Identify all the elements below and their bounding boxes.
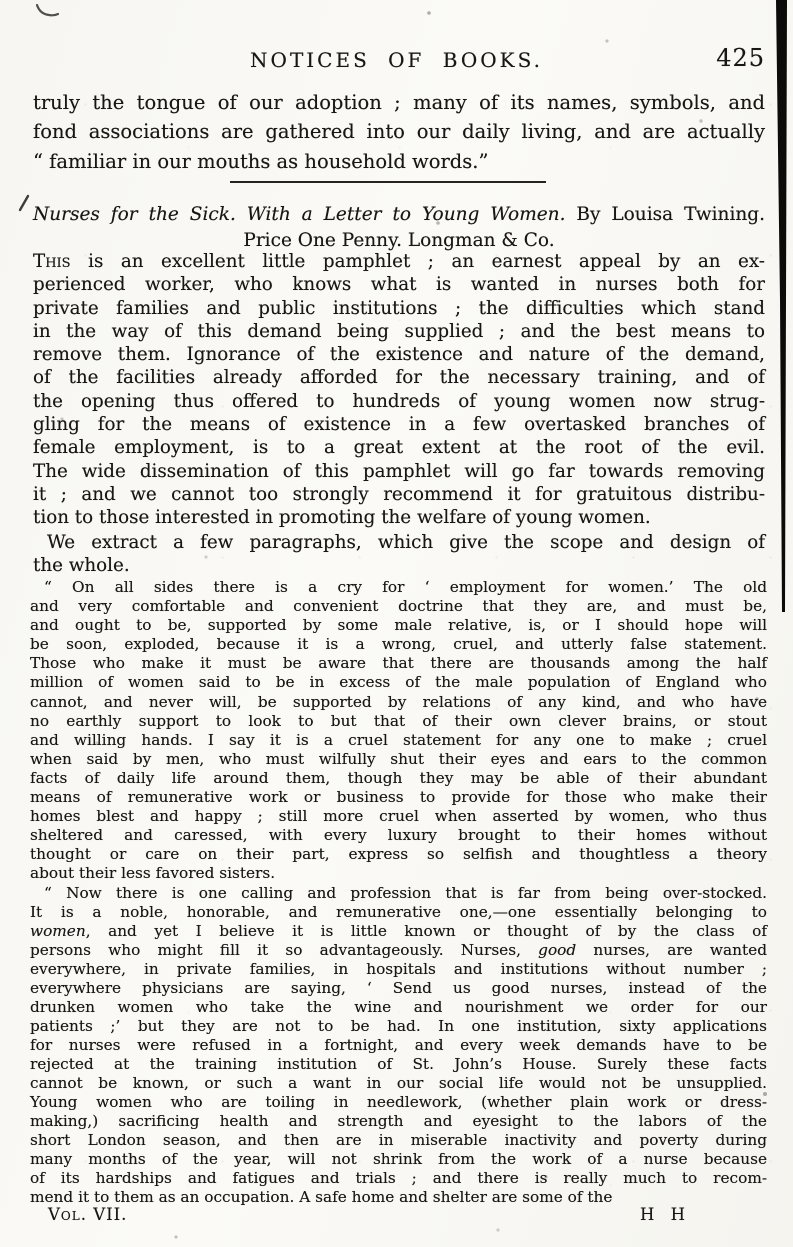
text-line: “ Now there is one calling and professio… [30,884,767,903]
volume-label: Vol. VII. [48,1205,127,1224]
extract-intro-paragraph: We extract a few paragraphs, which give … [33,531,765,578]
running-head: NOTICES OF BOOKS. 425 [0,48,793,78]
text-line: cannot be known, or such a want in our s… [30,1074,767,1093]
text-line: million of women said to be in excess of… [30,673,767,692]
review-title: Nurses for the Sick. With a Letter to Yo… [33,202,765,254]
text-line: everywhere physicians are saying, ‘ Send… [30,979,767,998]
text-line: facts of daily life around them, though … [30,769,767,788]
text-line: no earthly support to look to but that o… [30,712,767,731]
text-line: many months of the year, will not shrink… [30,1150,767,1169]
quoted-extract-paragraph-2: “ Now there is one calling and professio… [30,884,767,1207]
text-line: remove them. Ignorance of the existence … [33,343,765,366]
pen-mark-artifact [34,2,74,24]
text-line: of its hardships and fatigues and trials… [30,1169,767,1188]
text-line: making,) sacrificing health and strength… [30,1112,767,1131]
text-line: truly the tongue of our adoption ; many … [33,88,765,117]
text-line: homes blest and happy ; still more cruel… [30,807,767,826]
text-line: in the way of this demand being supplied… [33,320,765,343]
text-line: the whole. [33,554,765,577]
quoted-extract-paragraph-1: “ On all sides there is a cry for ‘ empl… [30,578,767,884]
text-line: women, and yet I believe it is little kn… [30,922,767,941]
text-line: perienced worker, who knows what is want… [33,273,765,296]
text-line: The wide dissemination of this pamphlet … [33,460,765,483]
section-divider [230,181,546,183]
text-line: private families and public institutions… [33,297,765,320]
page-number: 425 [716,44,765,72]
page-footer: Vol. VII. H H [0,1205,793,1229]
text-line: it ; and we cannot too strongly recommen… [33,483,765,506]
text-line: “ On all sides there is a cry for ‘ empl… [30,578,767,597]
text-line: when said by men, who must wilfully shut… [30,750,767,769]
intro-paragraph: truly the tongue of our adoption ; many … [33,88,765,176]
text-line: of the facilities already afforded for t… [33,366,765,389]
text-line: Nurses for the Sick. With a Letter to Yo… [33,202,765,228]
text-line: tion to those interested in promoting th… [33,506,765,529]
text-line: We extract a few paragraphs, which give … [33,531,765,554]
text-line: rejected at the training institution of … [30,1055,767,1074]
text-line: and very comfortable and convenient doct… [30,597,767,616]
text-line: sheltered and caressed, with every luxur… [30,826,767,845]
text-line: about their less favored sisters. [30,864,767,883]
text-line: short London season, and then are in mis… [30,1131,767,1150]
text-line: means of remunerative work or business t… [30,788,767,807]
text-line: Those who make it must be aware that the… [30,654,767,673]
text-line: persons who might fill it so advantageou… [30,941,767,960]
text-line: thought or care on their part, express s… [30,845,767,864]
text-line: It is a noble, honorable, and remunerati… [30,903,767,922]
scan-speckles [0,0,2,2]
page-title: NOTICES OF BOOKS. [0,48,793,72]
text-line: Young women who are toiling in needlewor… [30,1093,767,1112]
scanned-book-page: NOTICES OF BOOKS. 425 truly the tongue o… [0,0,793,1247]
text-line: and willing hands. I say it is a cruel s… [30,731,767,750]
text-line: and ought to be, supported by some male … [30,616,767,635]
printer-signature: H H [640,1205,686,1224]
text-line: drunken women who take the wine and nour… [30,998,767,1017]
text-line: patients ;’ but they are not to be had. … [30,1017,767,1036]
text-line: be soon, exploded, because it is a wrong… [30,635,767,654]
text-line: gling for the means of existence in a fe… [33,413,765,436]
text-line: fond associations are gathered into our … [33,117,765,146]
text-line: cannot, and never will, be supported by … [30,693,767,712]
text-line: This is an excellent little pamphlet ; a… [33,250,765,273]
text-line: everywhere, in private families, in hosp… [30,960,767,979]
text-line: female employment, is to a great extent … [33,436,765,459]
text-line: for nurses were refused in a fortnight, … [30,1036,767,1055]
review-body-paragraph: This is an excellent little pamphlet ; a… [33,250,765,530]
text-line: “ familiar in our mouths as household wo… [33,147,765,176]
text-line: the opening thus offered to hundreds of … [33,390,765,413]
